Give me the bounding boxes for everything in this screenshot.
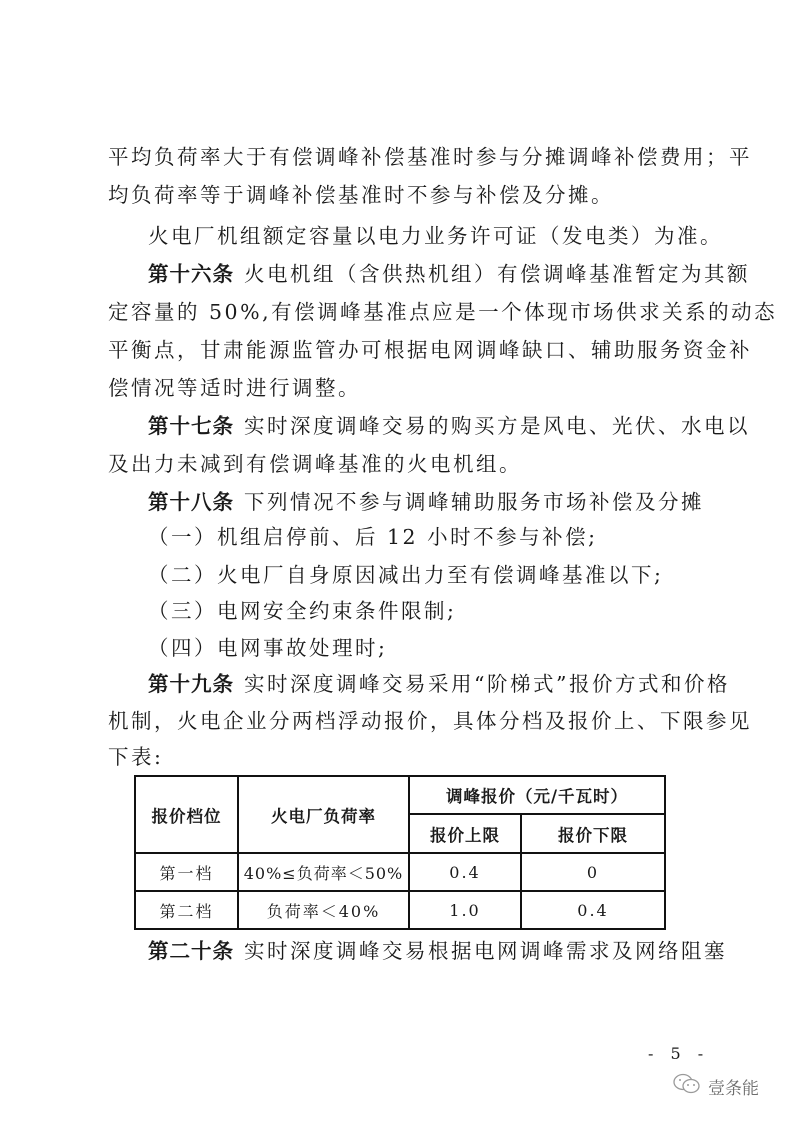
header-lower-limit: 报价下限 — [521, 814, 665, 853]
table-row: 第一档 40%≤负荷率＜50% 0.4 0 — [135, 853, 665, 891]
paragraph-line: 偿情况等适时进行调整。 — [108, 374, 698, 402]
paragraph-line: 及出力未减到有偿调峰基准的火电机组。 — [108, 450, 698, 478]
article-text: 实时深度调峰交易采用“阶梯式”报价方式和价格 — [244, 672, 730, 696]
list-item: （三）电网安全约束条件限制; — [148, 597, 738, 625]
cell-load-rate: 40%≤负荷率＜50% — [238, 853, 409, 891]
article-20-line: 第二十条实时深度调峰交易根据电网调峰需求及网络阻塞 — [148, 937, 698, 965]
price-table: 报价档位 火电厂负荷率 调峰报价（元/千瓦时） 报价上限 报价下限 第一档 40… — [134, 775, 666, 930]
paragraph-line: 均负荷率等于调峰补偿基准时不参与补偿及分摊。 — [108, 181, 698, 209]
article-label: 第二十条 — [148, 939, 234, 963]
paragraph-line: 火电厂机组额定容量以电力业务许可证（发电类）为准。 — [148, 222, 698, 250]
paragraph-line: 平衡点，甘肃能源监管办可根据电网调峰缺口、辅助服务资金补 — [108, 336, 698, 364]
cell-tier: 第二档 — [135, 891, 238, 929]
article-text: 实时深度调峰交易根据电网调峰需求及网络阻塞 — [244, 939, 727, 963]
list-item: （一）机组启停前、后 12 小时不参与补偿; — [148, 523, 738, 551]
cell-load-rate: 负荷率＜40% — [238, 891, 409, 929]
cell-lower: 0 — [521, 853, 665, 891]
paragraph-line: 平均负荷率大于有偿调峰补偿基准时参与分摊调峰补偿费用；平 — [108, 143, 698, 171]
list-item: （四）电网事故处理时; — [148, 634, 738, 662]
article-19-line: 第十九条实时深度调峰交易采用“阶梯式”报价方式和价格 — [148, 670, 698, 698]
cell-lower: 0.4 — [521, 891, 665, 929]
article-text: 实时深度调峰交易的购买方是风电、光伏、水电以 — [244, 414, 750, 438]
article-label: 第十七条 — [148, 414, 234, 438]
page-number: - 5 - — [648, 1044, 709, 1063]
watermark: 壹条能 — [672, 1072, 759, 1101]
cell-upper: 1.0 — [409, 891, 521, 929]
cell-upper: 0.4 — [409, 853, 521, 891]
header-price-group: 调峰报价（元/千瓦时） — [409, 776, 665, 814]
table-row: 第二档 负荷率＜40% 1.0 0.4 — [135, 891, 665, 929]
watermark-text: 壹条能 — [708, 1074, 759, 1099]
article-18-line: 第十八条下列情况不参与调峰辅助服务市场补偿及分摊 — [148, 488, 698, 516]
list-item: （二）火电厂自身原因减出力至有偿调峰基准以下; — [148, 561, 738, 589]
article-text: 下列情况不参与调峰辅助服务市场补偿及分摊 — [244, 490, 704, 514]
paragraph-line: 下表: — [108, 743, 698, 771]
article-17-line: 第十七条实时深度调峰交易的购买方是风电、光伏、水电以 — [148, 412, 698, 440]
article-label: 第十九条 — [148, 672, 234, 696]
wechat-icon — [672, 1072, 702, 1101]
article-label: 第十六条 — [148, 262, 234, 286]
header-tier: 报价档位 — [135, 776, 238, 853]
cell-tier: 第一档 — [135, 853, 238, 891]
article-text: 火电机组（含供热机组）有偿调峰基准暂定为其额 — [244, 262, 750, 286]
header-load-rate: 火电厂负荷率 — [238, 776, 409, 853]
paragraph-line: 机制，火电企业分两档浮动报价，具体分档及报价上、下限参见 — [108, 707, 698, 735]
article-label: 第十八条 — [148, 490, 234, 514]
article-16-line: 第十六条火电机组（含供热机组）有偿调峰基准暂定为其额 — [148, 260, 698, 288]
paragraph-line: 定容量的 50%,有偿调峰基准点应是一个体现市场供求关系的动态 — [108, 298, 698, 326]
header-upper-limit: 报价上限 — [409, 814, 521, 853]
